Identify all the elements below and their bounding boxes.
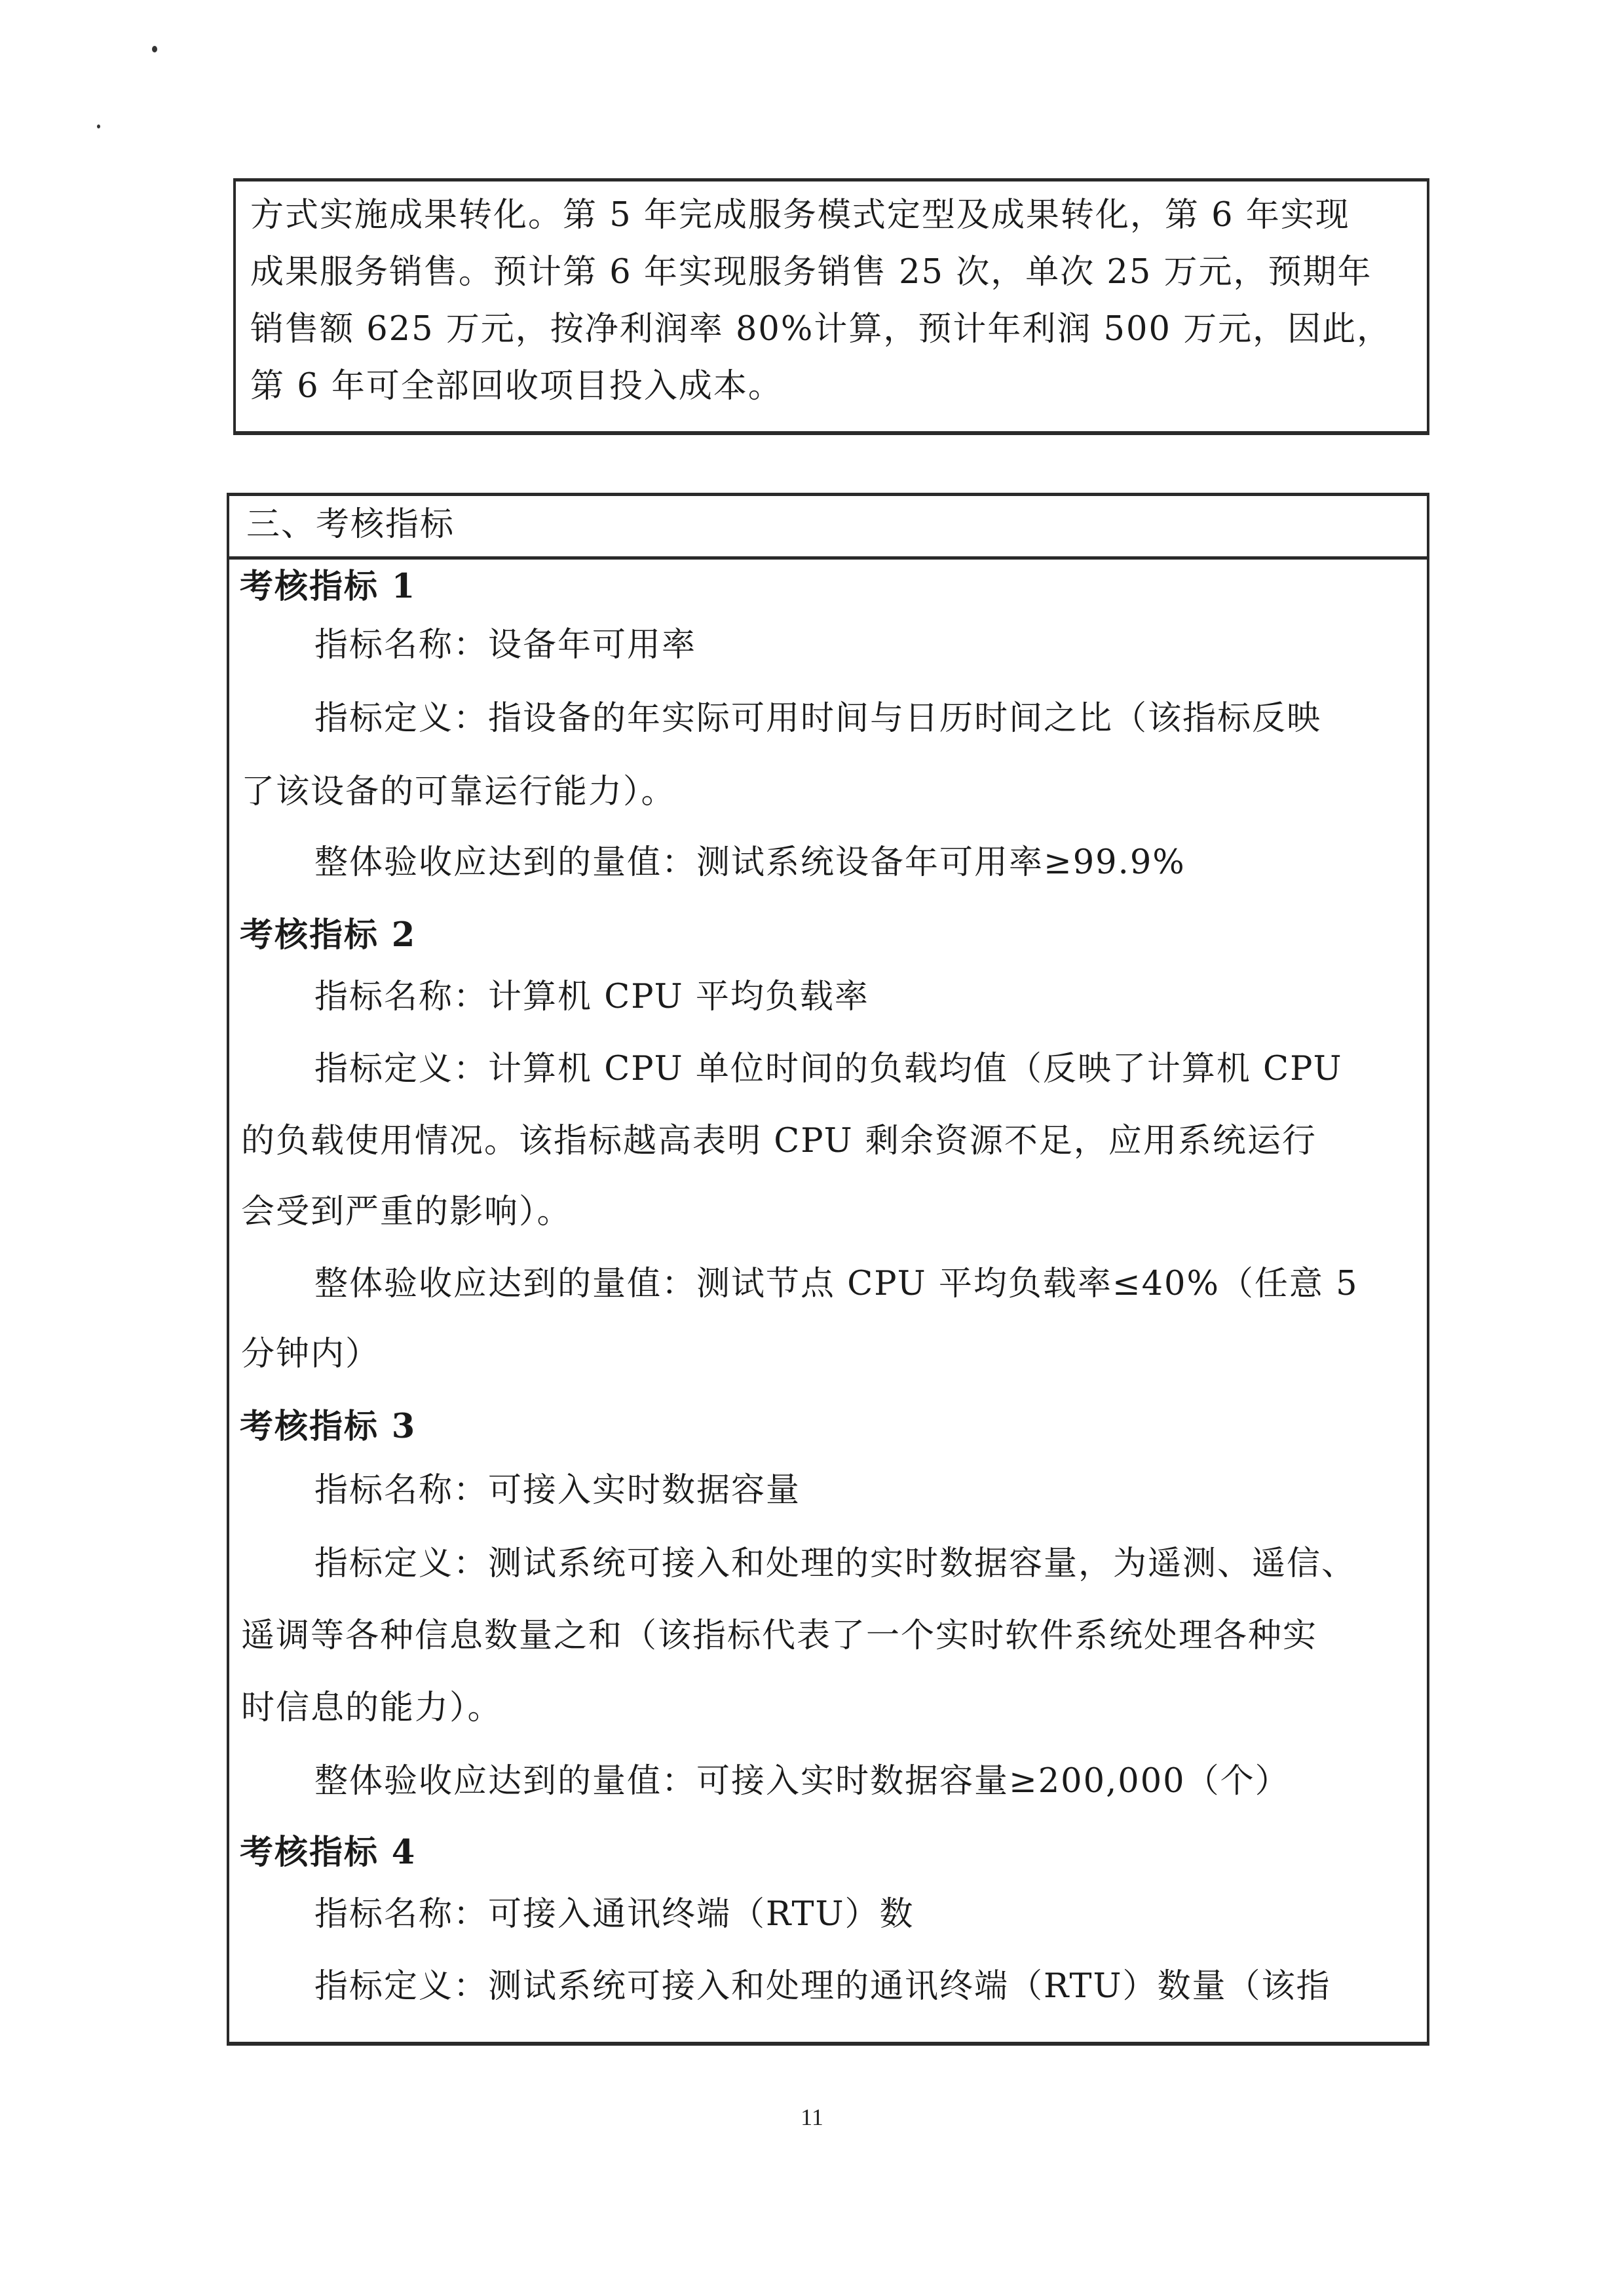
indicator-name: 指标名称：计算机 CPU 平均负载率 <box>314 978 869 1017</box>
indicator-name: 指标名称：设备年可用率 <box>314 626 696 665</box>
indicator-title: 考核指标 2 <box>240 915 416 955</box>
scan-speck <box>152 46 157 52</box>
indicator-name: 指标名称：可接入实时数据容量 <box>314 1471 801 1510</box>
indicator-target: 整体验收应达到的量值：可接入实时数据容量≥200,000（个） <box>314 1762 1290 1801</box>
paragraph-line: 销售额 625 万元，按净利润率 80%计算，预计年利润 500 万元，因此， <box>250 310 1391 349</box>
indicator-name: 指标名称：可接入通讯终端（RTU）数 <box>314 1895 915 1934</box>
continuation-box: 方式实施成果转化。第 5 年完成服务模式定型及成果转化，第 6 年实现 成果服务… <box>233 178 1429 435</box>
indicator-definition: 指标定义：指设备的年实际可用时间与日历时间之比（该指标反映 <box>314 699 1321 738</box>
indicator-target: 分钟内） <box>241 1335 380 1374</box>
indicator-title: 考核指标 3 <box>240 1407 416 1446</box>
indicator-definition: 指标定义：测试系统可接入和处理的实时数据容量，为遥测、遥信、 <box>314 1544 1356 1584</box>
indicator-title: 考核指标 4 <box>240 1833 416 1872</box>
indicator-title: 考核指标 1 <box>240 567 416 606</box>
paragraph-line: 第 6 年可全部回收项目投入成本。 <box>250 367 783 406</box>
paragraph-line: 方式实施成果转化。第 5 年完成服务模式定型及成果转化，第 6 年实现 <box>250 196 1350 235</box>
indicator-definition: 了该设备的可靠运行能力）。 <box>241 773 676 812</box>
indicator-target: 整体验收应达到的量值：测试系统设备年可用率≥99.9% <box>314 843 1186 883</box>
indicator-definition: 会受到严重的影响）。 <box>241 1193 572 1232</box>
page-number: 11 <box>0 2103 1624 2131</box>
indicator-target: 整体验收应达到的量值：测试节点 CPU 平均负载率≤40%（任意 5 <box>314 1265 1359 1304</box>
paragraph-line: 成果服务销售。预计第 6 年实现服务销售 25 次，单次 25 万元，预期年 <box>250 253 1372 292</box>
indicator-definition: 遥调等各种信息数量之和（该指标代表了一个实时软件系统处理各种实 <box>241 1617 1317 1656</box>
assessment-indicators-box: 三、考核指标 考核指标 1 指标名称：设备年可用率 指标定义：指设备的年实际可用… <box>227 493 1429 2046</box>
indicator-definition: 时信息的能力）。 <box>241 1689 502 1728</box>
indicator-definition: 指标定义：计算机 CPU 单位时间的负载均值（反映了计算机 CPU <box>314 1050 1342 1089</box>
indicator-definition: 指标定义：测试系统可接入和处理的通讯终端（RTU）数量（该指 <box>314 1967 1331 2006</box>
indicator-definition: 的负载使用情况。该指标越高表明 CPU 剩余资源不足，应用系统运行 <box>241 1122 1317 1161</box>
scan-speck <box>97 124 100 128</box>
section-heading: 三、考核指标 <box>246 505 455 545</box>
section-header-row: 三、考核指标 <box>229 496 1427 560</box>
